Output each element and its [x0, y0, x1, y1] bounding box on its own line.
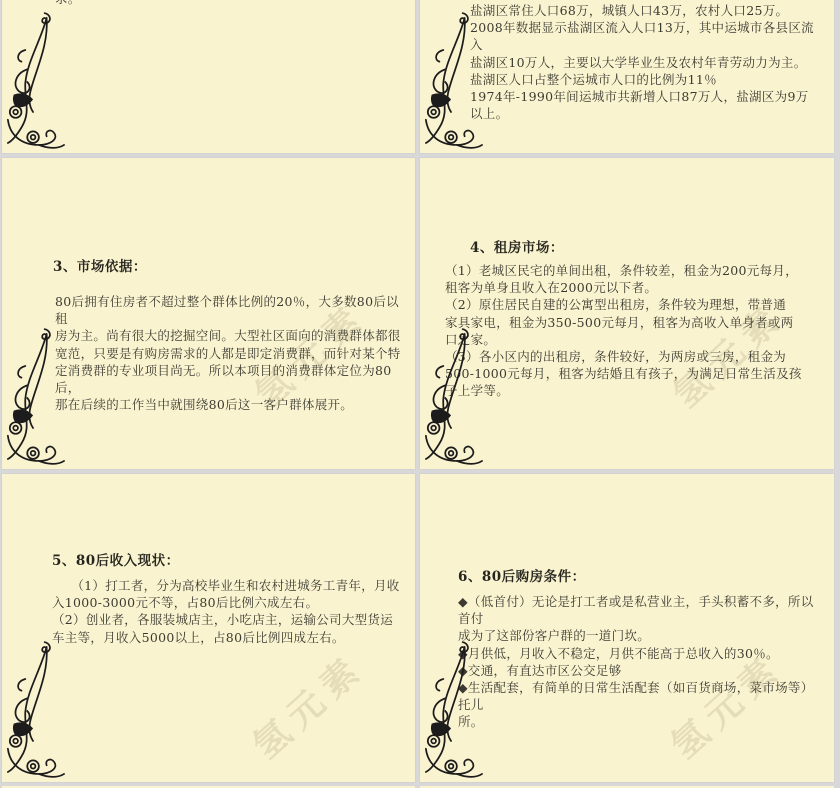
slide-thumbnail-1[interactable]: 求。 — [2, 0, 415, 153]
slide-thumbnail-3[interactable]: 3、市场依据： 80后拥有住房者不超过整个群体比例的20％，大多数80后以租 房… — [2, 158, 415, 469]
watermark-text: 氢元素 — [240, 640, 374, 768]
vine-flourish-ornament — [4, 639, 66, 781]
slide-thumbnail-2[interactable]: 盐湖区常住人口68万，城镇人口43万，农村人口25万。 2008年数据显示盐湖区… — [420, 0, 834, 153]
slide-thumbnail-6[interactable]: 6、80后购房条件： ◆（低首付）无论是打工者或是私营业主，手头积蓄不多，所以首… — [420, 474, 834, 782]
slide-text-fragment: 求。 — [55, 0, 81, 7]
slide-heading: 5、80后收入现状： — [52, 549, 180, 569]
slide-thumbnail-5[interactable]: 5、80后收入现状： （1）打工者，分为高校毕业生和农村进城务工青年，月收 入1… — [2, 474, 415, 782]
slide-body-text: 80后拥有住房者不超过整个群体比例的20％，大多数80后以租 房为主。尚有很大的… — [55, 293, 407, 413]
slide-heading: 3、市场依据： — [53, 255, 147, 275]
vine-flourish-ornament — [4, 10, 66, 152]
slide-heading: 4、租房市场： — [470, 236, 564, 256]
slide-body-text: （1）老城区民宅的单间出租，条件较差，租金为200元每月， 租客为单身且收入在2… — [445, 262, 825, 400]
vine-flourish-ornament — [422, 10, 484, 152]
vine-flourish-ornament — [422, 639, 484, 781]
slide-body-text: ◆（低首付）无论是打工者或是私营业主，手头积蓄不多，所以首付 成为了这部份客户群… — [458, 593, 826, 731]
slide-body-text: 盐湖区常住人口68万，城镇人口43万，农村人口25万。 2008年数据显示盐湖区… — [470, 2, 820, 122]
vine-flourish-ornament — [422, 326, 484, 468]
slide-body-text: （1）打工者，分为高校毕业生和农村进城务工青年，月收 入1000-3000元不等… — [52, 577, 407, 646]
slide-thumbnail-4[interactable]: 4、租房市场： （1）老城区民宅的单间出租，条件较差，租金为200元每月， 租客… — [420, 158, 834, 469]
vine-flourish-ornament — [4, 326, 66, 468]
slide-heading: 6、80后购房条件： — [458, 565, 586, 585]
slide-grid-preview: 求。 盐湖区常住人口68万，城镇人口43万，农村人口25万。 2008年数据显示… — [0, 0, 840, 788]
